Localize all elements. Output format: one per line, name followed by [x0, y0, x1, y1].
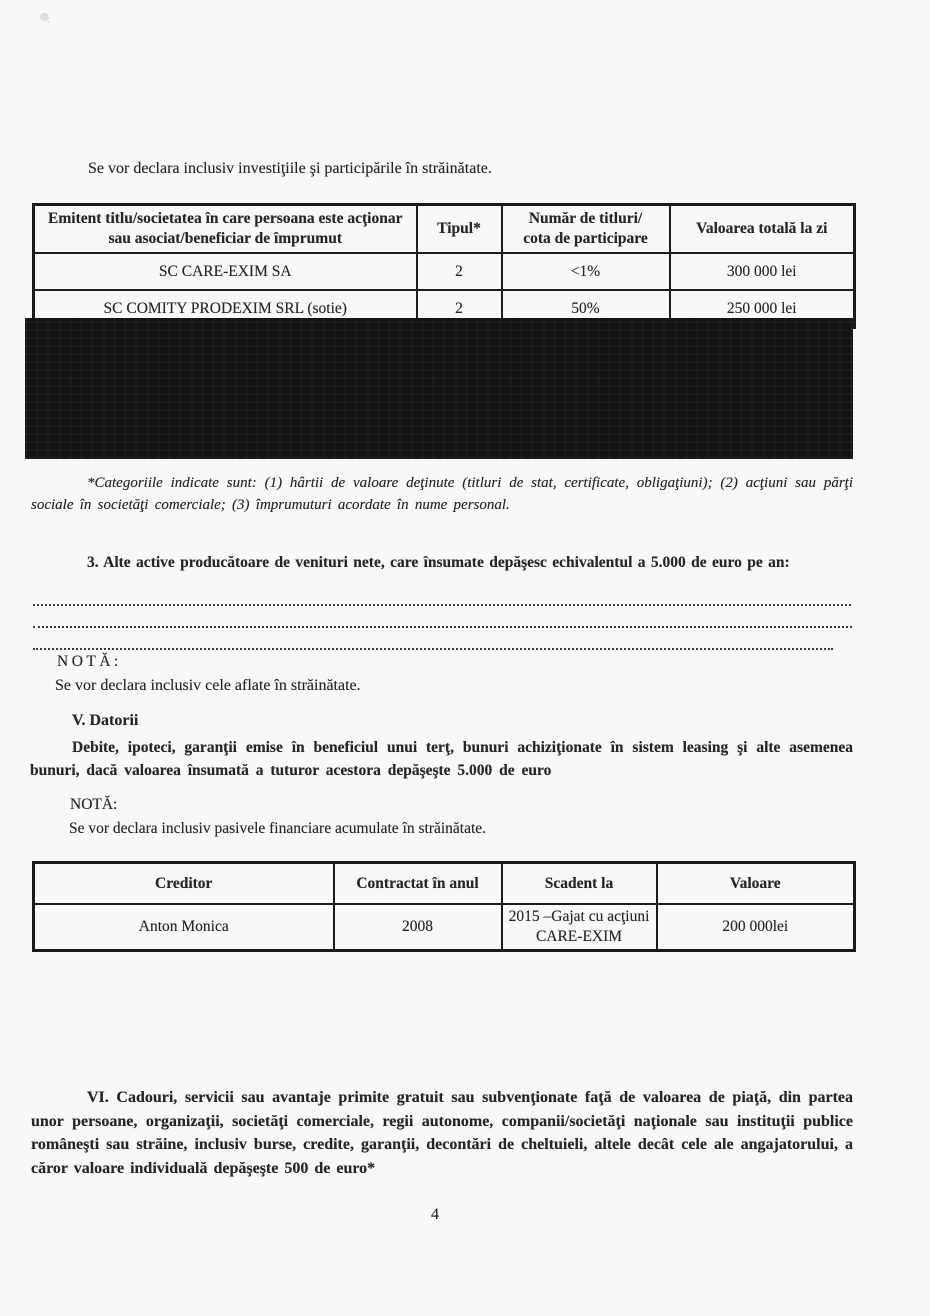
debts-table-header-row: Creditor Contractat în anul Scadent la V…: [34, 863, 855, 905]
cell-emitent: SC CARE-EXIM SA: [34, 253, 417, 290]
section5-body: Debite, ipoteci, garanţii emise în benef…: [30, 736, 853, 782]
nota-label: NOTĂ:: [70, 796, 117, 814]
page-number: 4: [0, 1206, 870, 1224]
debts-col-creditor: Creditor: [34, 863, 334, 905]
debts-col-scadent: Scadent la: [502, 863, 657, 905]
cell-valoare: 200 000lei: [657, 904, 855, 951]
section3-heading: 3. Alte active producătoare de venituri …: [31, 551, 852, 574]
table-row: SC CARE-EXIM SA 2 <1% 300 000 lei: [34, 253, 855, 290]
securities-col-emitent: Emitent titlu/societatea în care persoan…: [34, 205, 417, 254]
redaction-block: [25, 318, 853, 459]
cell-contractat: 2008: [334, 904, 502, 951]
securities-table: Emitent titlu/societatea în care persoan…: [32, 203, 856, 329]
intro-note: Se vor declara inclusiv investiţiile şi …: [88, 160, 492, 178]
scan-artifact-speck: [40, 13, 49, 21]
section6-body: VI. Cadouri, servicii sau avantaje primi…: [31, 1086, 853, 1180]
dotted-fill-line: [33, 604, 851, 606]
section5-title: V. Datorii: [72, 712, 138, 730]
securities-col-numar: Număr de titluri/ cota de participare: [502, 205, 670, 254]
debts-col-valoare: Valoare: [657, 863, 855, 905]
cell-valoare: 300 000 lei: [670, 253, 855, 290]
nota-text: Se vor declara inclusiv pasivele financi…: [69, 820, 486, 838]
nota-text: Se vor declara inclusiv cele aflate în s…: [55, 677, 361, 695]
cell-scadent: 2015 –Gajat cu acţiuni CARE-EXIM: [502, 904, 657, 951]
table-row: Anton Monica 2008 2015 –Gajat cu acţiuni…: [34, 904, 855, 951]
nota-label: NOTĂ:: [57, 653, 122, 671]
securities-col-valoare-label: Valoarea totală la zi: [696, 220, 827, 237]
securities-col-numar-line2: cota de participare: [523, 230, 648, 247]
securities-col-valoare: Valoarea totală la zi: [670, 205, 855, 254]
securities-col-tip: Tipul*: [417, 205, 502, 254]
cell-tip: 2: [417, 253, 502, 290]
securities-col-numar-line1: Număr de titluri/: [529, 210, 642, 227]
debts-table: Creditor Contractat în anul Scadent la V…: [32, 861, 856, 952]
cell-numar: <1%: [502, 253, 670, 290]
categories-footnote: *Categoriile indicate sunt: (1) hârtii d…: [31, 473, 853, 516]
cell-creditor: Anton Monica: [34, 904, 334, 951]
dotted-fill-line: [33, 626, 852, 628]
debts-col-contractat: Contractat în anul: [334, 863, 502, 905]
securities-col-emitent-label: Emitent titlu/societatea în care persoan…: [48, 210, 402, 247]
dotted-fill-line: [33, 648, 833, 650]
scanned-declaration-page: Se vor declara inclusiv investiţiile şi …: [0, 0, 930, 1316]
securities-col-tip-label: Tipul*: [437, 220, 481, 237]
securities-table-header-row: Emitent titlu/societatea în care persoan…: [34, 205, 855, 254]
